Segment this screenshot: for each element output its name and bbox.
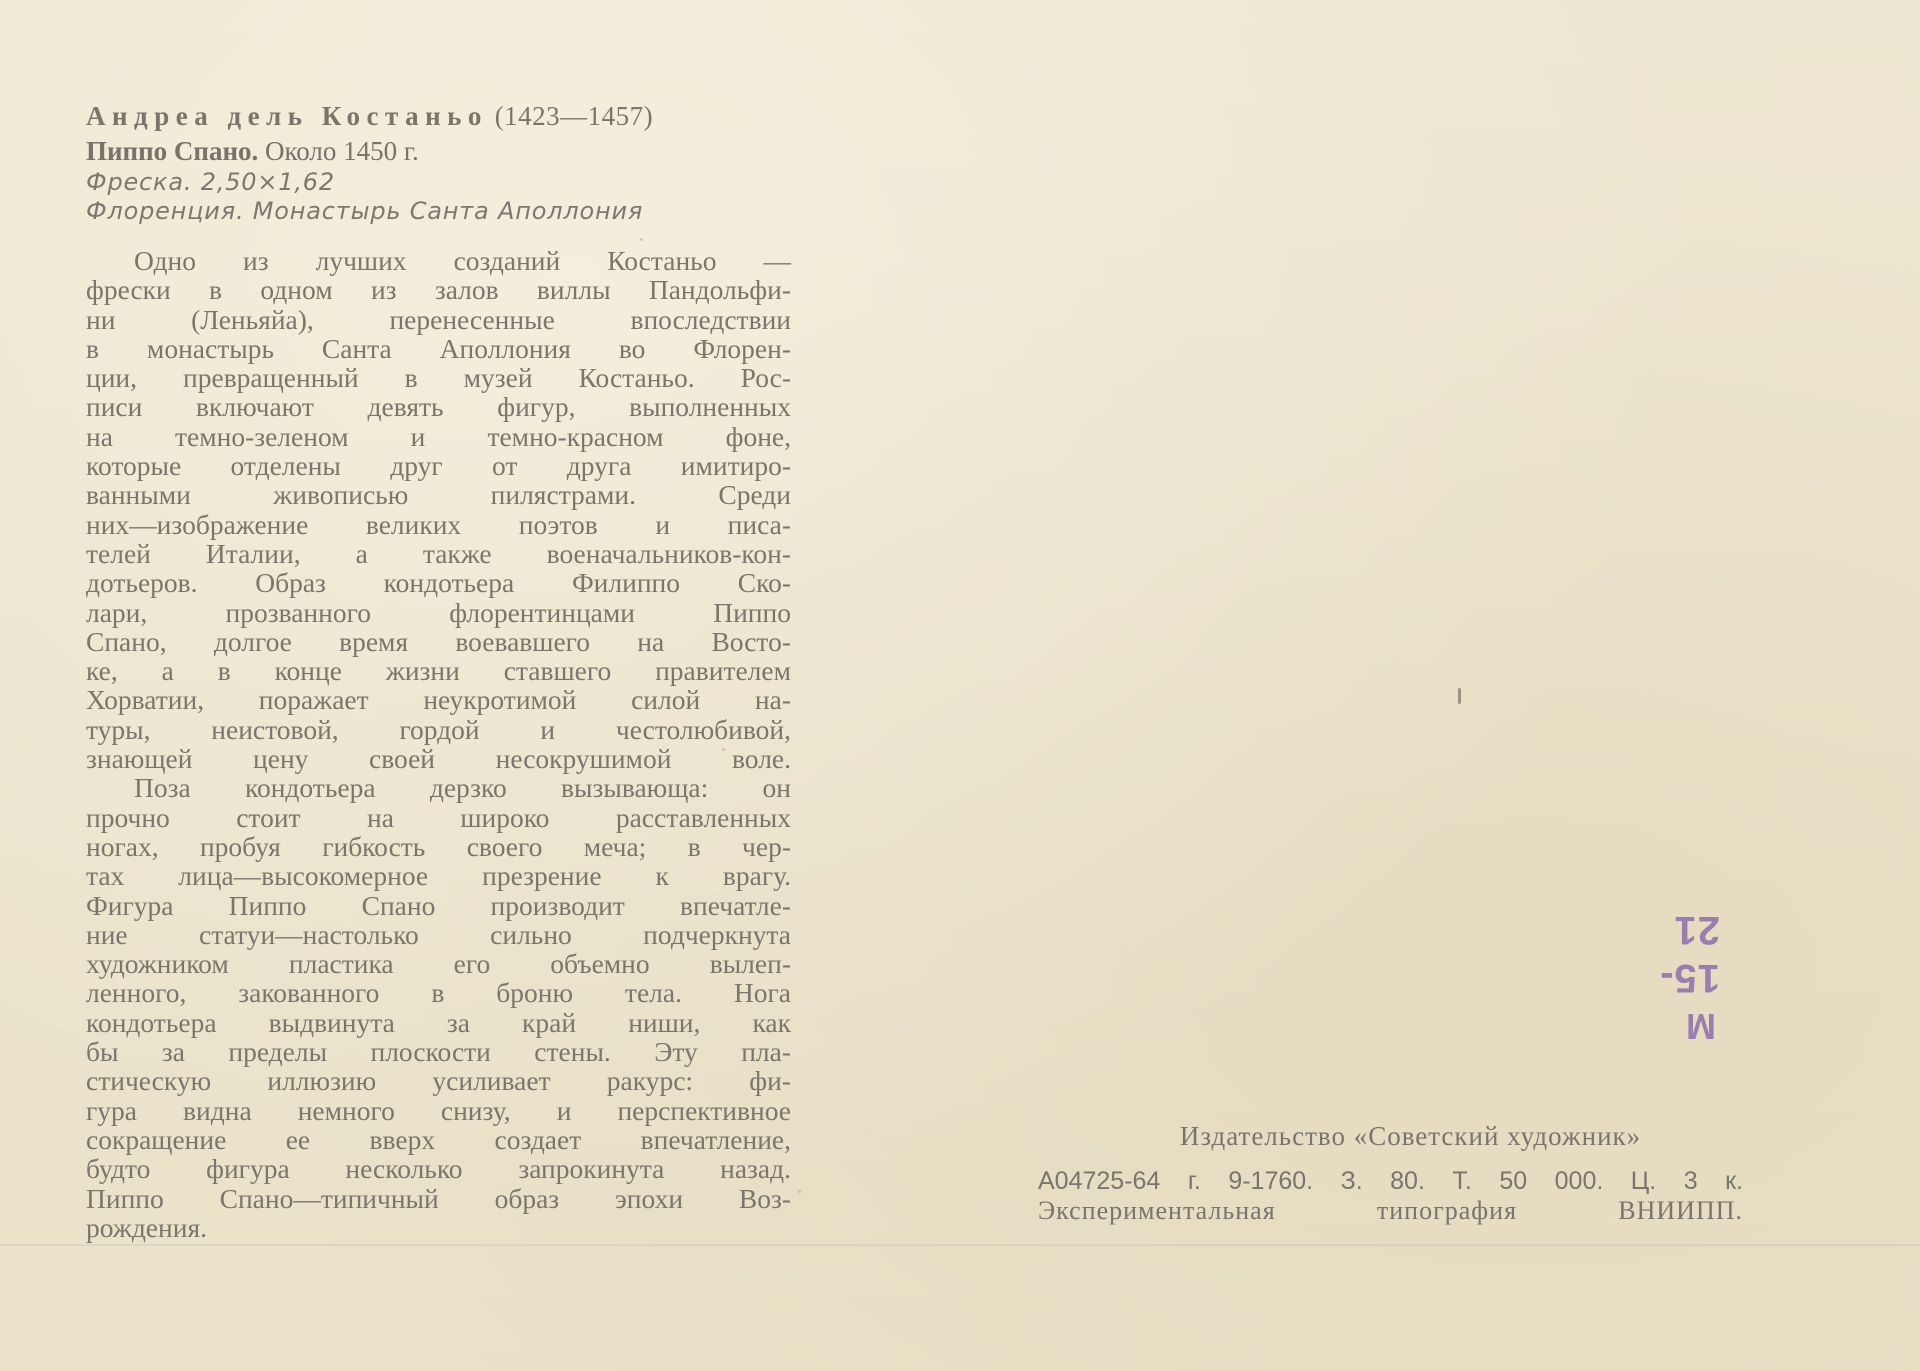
artwork-medium-size: Фреска. 2,50×1,62 <box>86 168 791 197</box>
description-line: ванными живописью пилястрами. Среди <box>86 480 791 509</box>
description-line: знающей цену своей несокрушимой воле. <box>86 744 791 773</box>
stamp-letter: М <box>1620 1006 1720 1046</box>
description-line: ние статуи—настолько сильно подчеркнута <box>86 920 791 949</box>
description-line: дотьеров. Образ кондотьера Филиппо Ско- <box>86 568 791 597</box>
artwork-date: Около 1450 г. <box>265 136 419 166</box>
author-years: (1423—1457) <box>495 101 653 131</box>
description-line: фрески в одном из залов виллы Пандольфи- <box>86 275 791 304</box>
description-line: ни (Леньяйа), перенесенные впоследствии <box>86 305 791 334</box>
ink-stamp: М 15-21 <box>1620 936 1720 1046</box>
description-line: тах лица—высокомерное презрение к врагу. <box>86 861 791 890</box>
description-line: лари, прозванного флорентинцами Пиппо <box>86 598 791 627</box>
paper-scratch-mark <box>1458 688 1461 704</box>
description-line: бы за пределы плоскости стены. Эту пла- <box>86 1037 791 1066</box>
artwork-caption-column: Андреа дель Костаньо (1423—1457) Пиппо С… <box>86 98 791 1242</box>
description-line: туры, неистовой, гордой и честолюбивой, <box>86 715 791 744</box>
author-line: Андреа дель Костаньо (1423—1457) <box>86 98 791 134</box>
description-line: ногах, пробуя гибкость своего меча; в че… <box>86 832 791 861</box>
description-line: сокращение ее вверх создает впечатление, <box>86 1125 791 1154</box>
publisher-name: Издательство «Советский художник» <box>1078 1118 1743 1154</box>
artwork-title: Пиппо Спано. <box>86 136 258 166</box>
description-line: Спано, долгое время воевавшего на Восто- <box>86 627 791 656</box>
description-line: Одно из лучших созданий Костаньо — <box>86 246 791 275</box>
description-line: на темно-зеленом и темно-красном фоне, <box>86 422 791 451</box>
paper-speck <box>798 1190 801 1193</box>
description-line: рождения. <box>86 1213 791 1242</box>
artwork-location: Флоренция. Монастырь Санта Аполлония <box>86 197 791 226</box>
description-line: гура видна немного снизу, и перспективно… <box>86 1096 791 1125</box>
description-line: ции, превращенный в музей Костаньо. Рос- <box>86 363 791 392</box>
description-line: них—изображение великих поэтов и писа- <box>86 510 791 539</box>
description-line: Пиппо Спано—типичный образ эпохи Воз- <box>86 1184 791 1213</box>
description-line: писи включают девять фигур, выполненных <box>86 392 791 421</box>
description-line: ленного, закованного в броню тела. Нога <box>86 978 791 1007</box>
publisher-imprint: Издательство «Советский художник» А04725… <box>1038 1118 1743 1226</box>
description-line: ке, а в конце жизни ставшего правителем <box>86 656 791 685</box>
description-line: Хорватии, поражает неукротимой силой на- <box>86 685 791 714</box>
author-name: Андреа дель Костаньо <box>86 101 488 131</box>
description-line: кондотьера выдвинута за край ниши, как <box>86 1008 791 1037</box>
description-line: в монастырь Санта Аполлония во Флорен- <box>86 334 791 363</box>
description-line: будто фигура несколько запрокинута назад… <box>86 1154 791 1183</box>
description-line: художником пластика его объемно вылеп- <box>86 949 791 978</box>
description-text: Одно из лучших созданий Костаньо — фреск… <box>86 246 791 1242</box>
description-line: прочно стоит на широко расставленных <box>86 803 791 832</box>
description-line: стическую иллюзию усиливает ракурс: фи- <box>86 1066 791 1095</box>
printer-name: Экспериментальная типография ВНИИПП. <box>1038 1196 1743 1226</box>
description-line: телей Италии, а также военачальников-кон… <box>86 539 791 568</box>
stamp-number: 15-21 <box>1620 906 1720 1002</box>
description-line: Фигура Пиппо Спано производит впечатле- <box>86 891 791 920</box>
print-info: А04725-64 г. 9-1760. З. 80. Т. 50 000. Ц… <box>1038 1166 1743 1196</box>
artwork-title-line: Пиппо Спано. Около 1450 г. <box>86 134 791 168</box>
paper-fold-crease <box>0 1244 1920 1246</box>
description-line: Поза кондотьера дерзко вызывающа: он <box>86 773 791 802</box>
description-line: которые отделены друг от друга имитиро- <box>86 451 791 480</box>
